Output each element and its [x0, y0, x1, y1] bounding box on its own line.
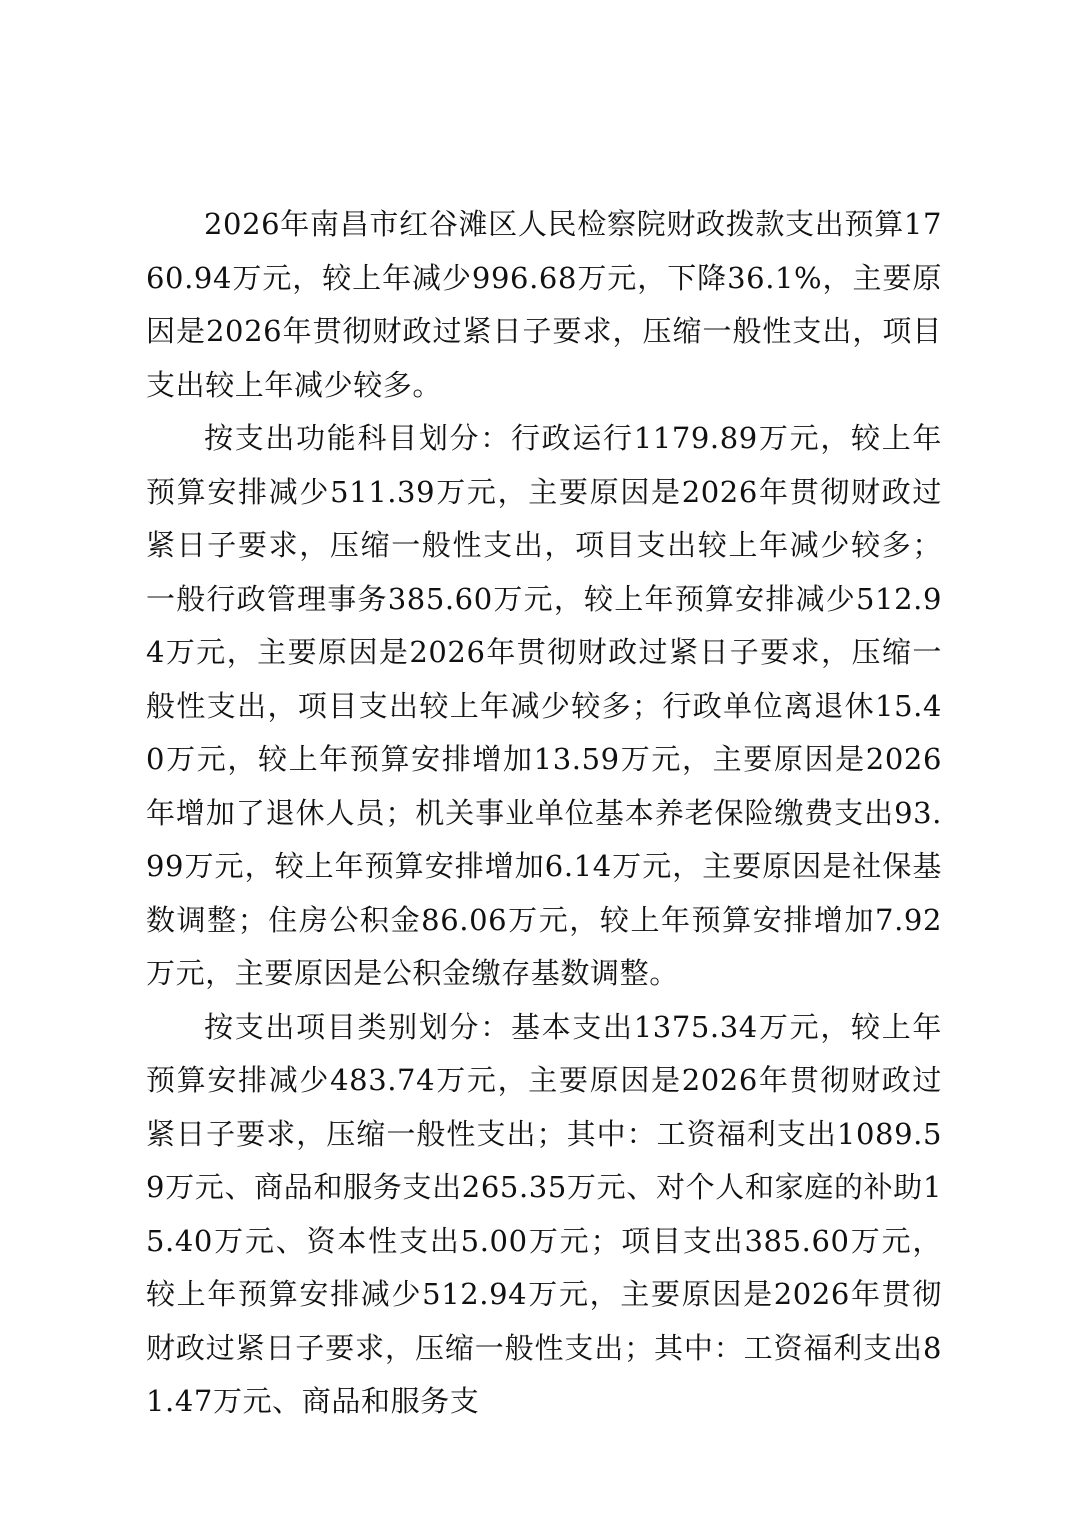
paragraph-by-category: 按支出项目类别划分：基本支出1375.34万元，较上年预算安排减少483.74万…	[146, 1001, 942, 1429]
document-page: 2026年南昌市红谷滩区人民检察院财政拨款支出预算1760.94万元，较上年减少…	[146, 198, 942, 1429]
paragraph-budget-overview: 2026年南昌市红谷滩区人民检察院财政拨款支出预算1760.94万元，较上年减少…	[146, 198, 942, 412]
paragraph-by-function: 按支出功能科目划分：行政运行1179.89万元，较上年预算安排减少511.39万…	[146, 412, 942, 1001]
